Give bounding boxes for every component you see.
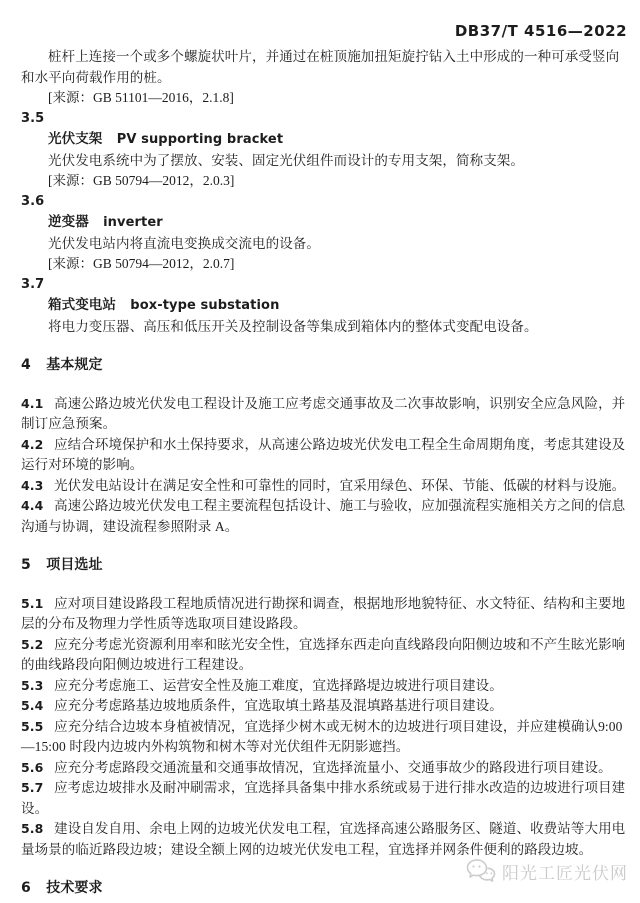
clause-number: 5.4 [21,698,43,713]
clause: 5.3应充分考虑施工、运营安全性及施工难度，宜选择路堤边坡进行项目建设。 [21,676,627,697]
clause-text: 应充分结合边坡本身植被情况，宜选择少树木或无树木的边坡进行项目建设，并应建模确认… [21,719,622,755]
page-content: DB37/T 4516—2022 桩杆上连接一个或多个螺旋状叶片，并通过在桩顶施… [0,0,640,899]
clause-text: 应对项目建设路段工程地质情况进行勘探和调查，根据地形地貌特征、水文特征、结构和主… [21,596,625,632]
clause-number: 5.1 [21,596,43,611]
clause-text: 应充分考虑路段交通流量和交通事故情况，宜选择流量小、交通事故少的路段进行项目建设… [54,760,612,775]
clause-number: 4.3 [21,478,43,493]
term-name-en: PV supporting bracket [117,132,283,147]
clause-number: 5.6 [21,760,43,775]
term-number: 3.5 [21,109,627,130]
term-heading: 箱式变电站box-type substation [21,295,627,317]
term-heading: 光伏支架PV supporting bracket [21,129,627,151]
section-heading: 4基本规定 [21,355,627,376]
clause-number: 4.4 [21,498,43,513]
clause-number: 5.2 [21,637,43,652]
standard-number: DB37/T 4516—2022 [455,22,627,40]
clause-number: 4.2 [21,437,43,452]
page-header: DB37/T 4516—2022 [21,22,627,41]
clause-number: 5.7 [21,780,43,795]
source-reference: [来源：GB 50794—2012，2.0.3] [21,171,627,192]
clause: 5.1应对项目建设路段工程地质情况进行勘探和调查，根据地形地貌特征、水文特征、结… [21,594,627,635]
section-number: 4 [21,357,31,373]
term-name-zh: 箱式变电站 [48,297,116,312]
clause-text: 应考虑边坡排水及耐冲刷需求，宜选择具备集中排水系统或易于进行排水改造的边坡进行项… [21,780,625,816]
clause: 4.3光伏发电站设计在满足安全性和可靠性的同时，宜采用绿色、环保、节能、低碳的材… [21,476,627,497]
term-definition: 光伏发电系统中为了摆放、安装、固定光伏组件而设计的专用支架，简称支架。 [21,151,627,172]
section-number: 5 [21,557,31,573]
term-number: 3.7 [21,275,627,296]
section-heading: 5项目选址 [21,555,627,576]
section-number: 6 [21,880,31,896]
document-body: 桩杆上连接一个或多个螺旋状叶片，并通过在桩顶施加扭矩旋拧钻入土中形成的一种可承受… [21,47,627,899]
term-name-zh: 光伏支架 [48,131,102,146]
clause: 5.8建设自发自用、余电上网的边坡光伏发电工程，宜选择高速公路服务区、隧道、收费… [21,819,627,860]
term-name-en: inverter [103,215,163,230]
clause: 5.6应充分考虑路段交通流量和交通事故情况，宜选择流量小、交通事故少的路段进行项… [21,758,627,779]
clause-number: 5.5 [21,719,43,734]
section-title: 项目选址 [46,557,102,573]
term-name-en: box-type substation [130,298,279,313]
clause-text: 应充分考虑施工、运营安全性及施工难度，宜选择路堤边坡进行项目建设。 [54,678,503,693]
clause: 5.4应充分考虑路基边坡地质条件，宜选取填土路基及混填路基进行项目建设。 [21,696,627,717]
clause: 4.4高速公路边坡光伏发电工程主要流程包括设计、施工与验收，应加强流程实施相关方… [21,496,627,537]
clause-number: 5.3 [21,678,43,693]
clause-text: 建设自发自用、余电上网的边坡光伏发电工程，宜选择高速公路服务区、隧道、收费站等大… [21,821,625,857]
source-reference: [来源：GB 51101—2016，2.1.8] [21,88,627,109]
term-heading: 逆变器inverter [21,212,627,234]
document-page: DB37/T 4516—2022 桩杆上连接一个或多个螺旋状叶片，并通过在桩顶施… [0,0,640,903]
watermark-text: 阳光工匠光伏网 [502,859,628,884]
clause: 4.2应结合环境保护和水土保持要求，从高速公路边坡光伏发电工程全生命周期角度，考… [21,435,627,476]
term-name-zh: 逆变器 [48,214,89,229]
term-definition: 光伏发电站内将直流电变换成交流电的设备。 [21,234,627,255]
clause-number: 4.1 [21,396,43,411]
section-title: 技术要求 [46,880,102,896]
clause: 4.1高速公路边坡光伏发电工程设计及施工应考虑交通事故及二次事故影响，识别安全应… [21,394,627,435]
clause-text: 应充分考虑路基边坡地质条件，宜选取填土路基及混填路基进行项目建设。 [54,698,503,713]
clause-text: 高速公路边坡光伏发电工程设计及施工应考虑交通事故及二次事故影响，识别安全应急风险… [21,396,625,432]
source-reference: [来源：GB 50794—2012，2.0.7] [21,254,627,275]
clause-text: 光伏发电站设计在满足安全性和可靠性的同时，宜采用绿色、环保、节能、低碳的材料与设… [54,478,625,493]
clause-text: 高速公路边坡光伏发电工程主要流程包括设计、施工与验收，应加强流程实施相关方之间的… [21,498,625,534]
clause-number: 5.8 [21,821,43,836]
body-paragraph: 桩杆上连接一个或多个螺旋状叶片，并通过在桩顶施加扭矩旋拧钻入土中形成的一种可承受… [21,47,627,88]
term-definition: 将电力变压器、高压和低压开关及控制设备等集成到箱体内的整体式变配电设备。 [21,317,627,338]
clause: 5.2应充分考虑光资源利用率和眩光安全性，宜选择东西走向直线路段向阳侧边坡和不产… [21,635,627,676]
chat-bubbles-icon [466,858,496,884]
clause-text: 应充分考虑光资源利用率和眩光安全性，宜选择东西走向直线路段向阳侧边坡和不产生眩光… [21,637,625,673]
clause: 5.7应考虑边坡排水及耐冲刷需求，宜选择具备集中排水系统或易于进行排水改造的边坡… [21,778,627,819]
section-title: 基本规定 [46,357,102,373]
clause: 5.5应充分结合边坡本身植被情况，宜选择少树木或无树木的边坡进行项目建设，并应建… [21,717,627,758]
watermark: 阳光工匠光伏网 [466,858,628,884]
term-number: 3.6 [21,192,627,213]
clause-text: 应结合环境保护和水土保持要求，从高速公路边坡光伏发电工程全生命周期角度，考虑其建… [21,437,625,473]
